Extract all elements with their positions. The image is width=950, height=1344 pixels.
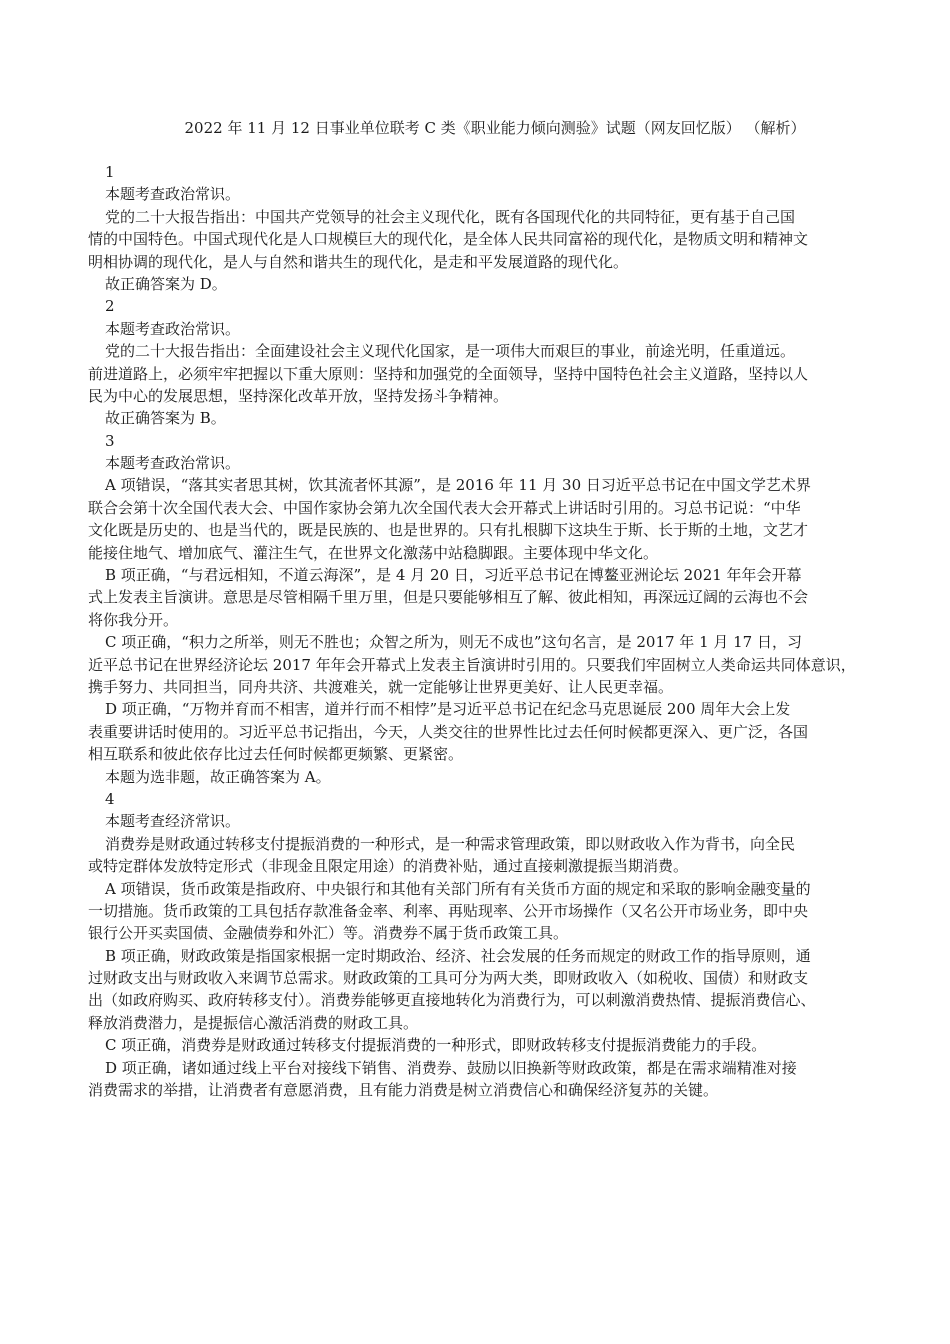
text-line: 相互联系和彼此依存比过去任何时候都更频繁、更紧密。 — [88, 743, 878, 765]
text-line: 能接住地气、增加底气、灌注生气，在世界文化激荡中站稳脚跟。主要体现中华文化。 — [88, 542, 878, 564]
text-line: B 项正确，“与君远相知，不道云海深”，是 4 月 20 日，习近平总书记在博鳌… — [88, 564, 878, 586]
text-line: 携手努力、共同担当，同舟共济、共渡难关，就一定能够让世界更美好、让人民更幸福。 — [88, 676, 878, 698]
text-line: 党的二十大报告指出：中国共产党领导的社会主义现代化，既有各国现代化的共同特征，更… — [88, 206, 878, 228]
text-line: 联合会第十次全国代表大会、中国作家协会第九次全国代表大会开幕式上讲话时引用的。习… — [88, 497, 878, 519]
text-line: 本题考查经济常识。 — [88, 810, 878, 832]
text-line: 1 — [88, 161, 878, 183]
text-line: 故正确答案为 D。 — [88, 273, 878, 295]
text-line: A 项错误，货币政策是指政府、中央银行和其他有关部门所有有关货币方面的规定和采取… — [88, 878, 878, 900]
text-line: 情的中国特色。中国式现代化是人口规模巨大的现代化，是全体人民共同富裕的现代化，是… — [88, 228, 878, 250]
text-line: 2 — [88, 295, 878, 317]
text-line: 本题考查政治常识。 — [88, 318, 878, 340]
document-body: 1本题考查政治常识。党的二十大报告指出：中国共产党领导的社会主义现代化，既有各国… — [88, 161, 878, 1101]
text-line: 或特定群体发放特定形式（非现金且限定用途）的消费补贴，通过直接刺激提振当期消费。 — [88, 855, 878, 877]
text-line: 一切措施。货币政策的工具包括存款准备金率、利率、再贴现率、公开市场操作（又名公开… — [88, 900, 878, 922]
text-line: 文化既是历史的、也是当代的，既是民族的、也是世界的。只有扎根脚下这块生于斯、长于… — [88, 519, 878, 541]
text-line: 3 — [88, 430, 878, 452]
text-line: 式上发表主旨演讲。意思是尽管相隔千里万里，但是只要能够相互了解、彼此相知，再深远… — [88, 586, 878, 608]
text-line: 民为中心的发展思想，坚持深化改革开放，坚持发扬斗争精神。 — [88, 385, 878, 407]
text-line: 本题为选非题，故正确答案为 A。 — [88, 766, 878, 788]
text-line: C 项正确，消费券是财政通过转移支付提振消费的一种形式，即财政转移支付提振消费能… — [88, 1034, 878, 1056]
document-title: 2022 年 11 月 12 日事业单位联考 C 类《职业能力倾向测验》试题（网… — [0, 118, 950, 138]
text-line: 前进道路上，必须牢牢把握以下重大原则：坚持和加强党的全面领导，坚持中国特色社会主… — [88, 363, 878, 385]
text-line: D 项正确，“万物并育而不相害，道并行而不相悖”是习近平总书记在纪念马克思诞辰 … — [88, 698, 878, 720]
text-line: 4 — [88, 788, 878, 810]
text-line: 表重要讲话时使用的。习近平总书记指出，今天，人类交往的世界性比过去任何时候都更深… — [88, 721, 878, 743]
text-line: 消费需求的举措，让消费者有意愿消费，且有能力消费是树立消费信心和确保经济复苏的关… — [88, 1079, 878, 1101]
text-line: 过财政支出与财政收入来调节总需求。财政政策的工具可分为两大类，即财政收入（如税收… — [88, 967, 878, 989]
text-line: A 项错误，“落其实者思其树，饮其流者怀其源”，是 2016 年 11 月 30… — [88, 474, 878, 496]
text-line: 将你我分开。 — [88, 609, 878, 631]
text-line: 近平总书记在世界经济论坛 2017 年年会开幕式上发表主旨演讲时引用的。只要我们… — [88, 654, 878, 676]
text-line: 本题考查政治常识。 — [88, 452, 878, 474]
text-line: 消费券是财政通过转移支付提振消费的一种形式，是一种需求管理政策，即以财政收入作为… — [88, 833, 878, 855]
text-line: 故正确答案为 B。 — [88, 407, 878, 429]
document-page: 2022 年 11 月 12 日事业单位联考 C 类《职业能力倾向测验》试题（网… — [0, 0, 950, 1344]
text-line: 释放消费潜力，是提振信心激活消费的财政工具。 — [88, 1012, 878, 1034]
text-line: D 项正确，诸如通过线上平台对接线下销售、消费券、鼓励以旧换新等财政政策，都是在… — [88, 1057, 878, 1079]
text-line: 出（如政府购买、政府转移支付）。消费券能够更直接地转化为消费行为，可以刺激消费热… — [88, 989, 878, 1011]
text-line: C 项正确，“积力之所举，则无不胜也；众智之所为，则无不成也”这句名言，是 20… — [88, 631, 878, 653]
text-line: 明相协调的现代化，是人与自然和谐共生的现代化，是走和平发展道路的现代化。 — [88, 251, 878, 273]
text-line: 本题考查政治常识。 — [88, 183, 878, 205]
text-line: B 项正确，财政政策是指国家根据一定时期政治、经济、社会发展的任务而规定的财政工… — [88, 945, 878, 967]
text-line: 党的二十大报告指出：全面建设社会主义现代化国家，是一项伟大而艰巨的事业，前途光明… — [88, 340, 878, 362]
text-line: 银行公开买卖国债、金融债券和外汇）等。消费券不属于货币政策工具。 — [88, 922, 878, 944]
